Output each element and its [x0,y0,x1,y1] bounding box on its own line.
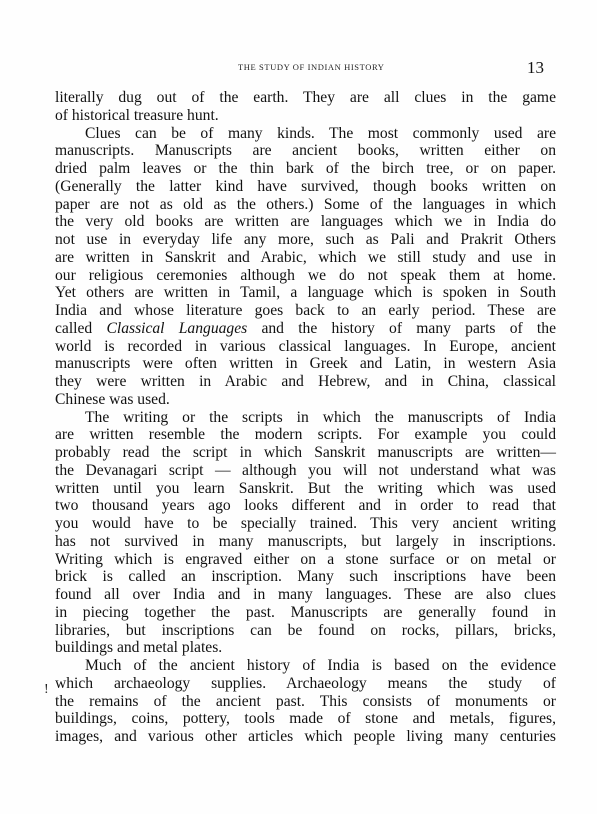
text-line: found all over India and in many languag… [55,586,556,604]
text-line: of historical treasure hunt. [55,107,556,125]
text-line: has not survived in many manuscripts, bu… [55,533,556,551]
text-line: our religious ceremonies although we do … [55,267,556,285]
text-line: you would have to be specially trained. … [55,515,556,533]
text-line: two thousand years ago looks different a… [55,497,556,515]
text-line: literally dug out of the earth. They are… [55,89,556,107]
text-line: buildings, coins, pottery, tools made of… [55,710,556,728]
text-line: written until you learn Sanskrit. But th… [55,480,556,498]
running-title: THE STUDY OF INDIAN HISTORY [238,62,385,72]
text-line: world is recorded in various classical l… [55,338,556,356]
text-line: Writing which is engraved either on a st… [55,551,556,569]
body-text: literally dug out of the earth. They are… [55,89,556,746]
book-page: THE STUDY OF INDIAN HISTORY 13 ! literal… [0,0,597,814]
text-line: (Generally the latter kind have survived… [55,178,556,196]
text-line: images, and various other articles which… [55,728,556,746]
text-line: The writing or the scripts in which the … [55,409,556,427]
page-number: 13 [527,58,544,78]
margin-annotation-mark: ! [44,682,49,698]
text-line: called Classical Languages and the histo… [55,320,556,338]
text-line: not use in everyday life any more, such … [55,231,556,249]
text-line: probably read the script in which Sanskr… [55,444,556,462]
text-line: the remains of the ancient past. This co… [55,693,556,711]
text-line: paper are not as old as the others.) Som… [55,196,556,214]
text-line: India and whose literature goes back to … [55,302,556,320]
text-line: brick is called an inscription. Many suc… [55,568,556,586]
text-line: manuscripts were often written in Greek … [55,355,556,373]
text-line: libraries, but inscriptions can be found… [55,622,556,640]
text-line: which archaeology supplies. Archaeology … [55,675,556,693]
text-line: are written resemble the modern scripts.… [55,426,556,444]
text-line: Much of the ancient history of India is … [55,657,556,675]
text-line: manuscripts. Manuscripts are ancient boo… [55,142,556,160]
text-line: they were written in Arabic and Hebrew, … [55,373,556,391]
text-line: the Devanagari script — although you wil… [55,462,556,480]
text-line: the very old books are written are langu… [55,213,556,231]
text-line: Chinese was used. [55,391,556,409]
text-line: Clues can be of many kinds. The most com… [55,125,556,143]
text-line: dried palm leaves or the thin bark of th… [55,160,556,178]
text-line: Yet others are written in Tamil, a langu… [55,284,556,302]
text-line: buildings and metal plates. [55,639,556,657]
text-line: in piecing together the past. Manuscript… [55,604,556,622]
text-line: are written in Sanskrit and Arabic, whic… [55,249,556,267]
